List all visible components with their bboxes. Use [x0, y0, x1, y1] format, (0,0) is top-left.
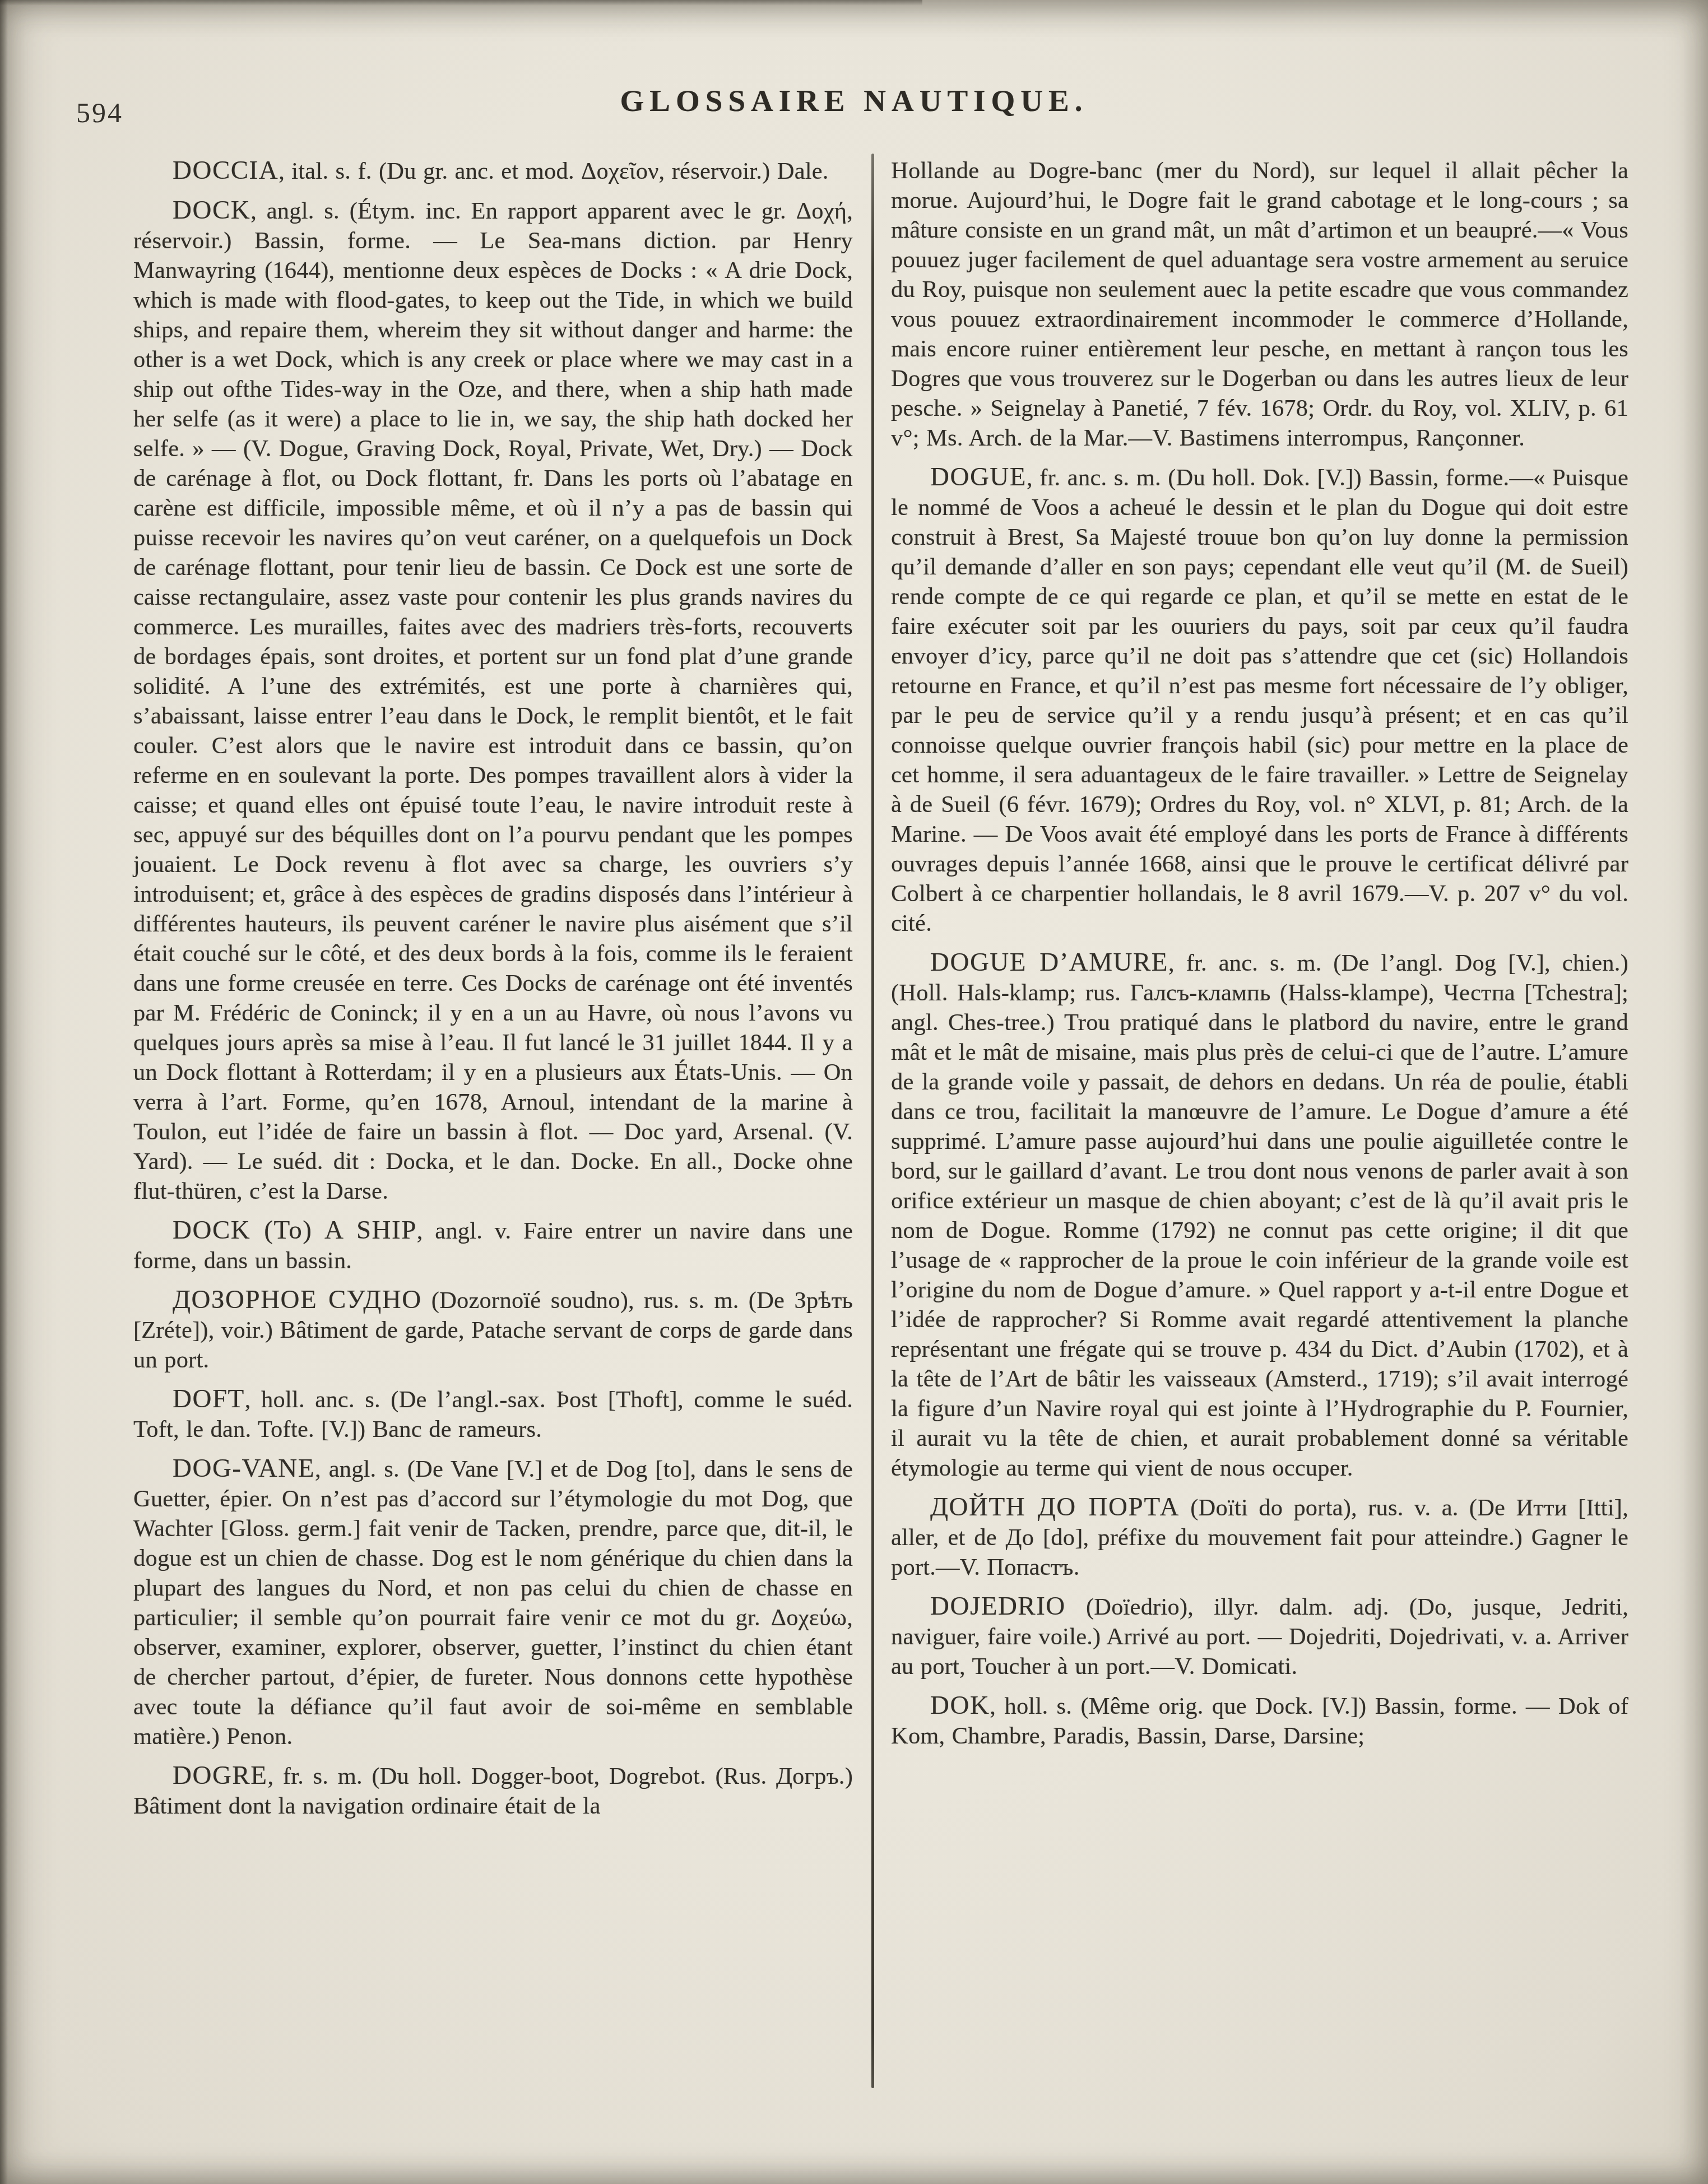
entry-term: ДОЙТН ДО ПОРТА: [930, 1492, 1180, 1522]
entry-body: , fr. anc. s. m. (Du holl. Dok. [V.]) Ba…: [891, 465, 1628, 936]
entry-term: DOFT: [173, 1384, 245, 1413]
entry-dozornoe-soudno: ДОЗОРНОЕ СУДНО (Dozornoïé soudno), rus. …: [133, 1285, 853, 1375]
entry-term: DOGUE: [930, 462, 1027, 491]
right-column: Hollande au Dogre-banc (mer du Nord), su…: [891, 156, 1628, 1751]
entry-term: DOG-VANE: [173, 1454, 315, 1483]
column-divider-rule: [871, 154, 874, 2088]
entry-dock: DOCK, angl. s. (Étym. inc. En rapport ap…: [133, 196, 853, 1206]
scanned-page: 594 GLOSSAIRE NAUTIQUE. DOCCIA, ital. s.…: [0, 0, 1708, 2184]
entry-body: , fr. anc. s. m. (De l’angl. Dog [V.], c…: [891, 950, 1628, 1481]
entry-term: DOK: [930, 1691, 990, 1720]
entry-dogue: DOGUE, fr. anc. s. m. (Du holl. Dok. [V.…: [891, 462, 1628, 938]
entry-dog-vane: DOG-VANE, angl. s. (De Vane [V.] et de D…: [133, 1454, 853, 1751]
entry-term: DOCK: [173, 196, 250, 225]
entry-term: DOJEDRIO: [930, 1592, 1066, 1621]
entry-body: , ital. s. f. (Du gr. anc. et mod. Δοχεῖ…: [279, 158, 828, 184]
entry-term: DOCK (To) A SHIP: [173, 1216, 417, 1245]
left-column: DOCCIA, ital. s. f. (Du gr. anc. et mod.…: [133, 156, 853, 1821]
entry-doccia: DOCCIA, ital. s. f. (Du gr. anc. et mod.…: [133, 156, 853, 186]
entry-term: ДОЗОРНОЕ СУДНО: [173, 1285, 422, 1314]
text-area: DOCCIA, ital. s. f. (Du gr. anc. et mod.…: [133, 156, 1628, 2088]
entry-body: , holl. s. (Même orig. que Dock. [V.]) B…: [891, 1693, 1628, 1749]
entry-term: DOCCIA: [173, 156, 279, 185]
entry-body: Hollande au Dogre-banc (mer du Nord), su…: [891, 157, 1628, 451]
entry-dok: DOK, holl. s. (Même orig. que Dock. [V.]…: [891, 1691, 1628, 1751]
running-title: GLOSSAIRE NAUTIQUE.: [0, 83, 1708, 118]
entry-dogue-d-amure: DOGUE D’AMURE, fr. anc. s. m. (De l’angl…: [891, 948, 1628, 1483]
entry-dogre: DOGRE, fr. s. m. (Du holl. Dogger-boot, …: [133, 1761, 853, 1821]
entry-dock-to-a-ship: DOCK (To) A SHIP, angl. v. Faire entrer …: [133, 1216, 853, 1276]
entry-doft: DOFT, holl. anc. s. (De l’angl.-sax. Þos…: [133, 1384, 853, 1444]
entry-body: , angl. s. (Étym. inc. En rapport appare…: [133, 198, 853, 1204]
entry-dogre-continuation: Hollande au Dogre-banc (mer du Nord), su…: [891, 156, 1628, 453]
entry-term: DOGRE: [173, 1761, 267, 1790]
entry-doiti-do-porta: ДОЙТН ДО ПОРТА (Doïti do porta), rus. v.…: [891, 1492, 1628, 1582]
entry-dojedrio: DOJEDRIO (Doïedrio), illyr. dalm. adj. (…: [891, 1592, 1628, 1681]
entry-term: DOGUE D’AMURE: [930, 948, 1168, 977]
page-header: 594 GLOSSAIRE NAUTIQUE.: [0, 73, 1708, 146]
entry-body: , angl. s. (De Vane [V.] et de Dog [to],…: [133, 1456, 853, 1750]
